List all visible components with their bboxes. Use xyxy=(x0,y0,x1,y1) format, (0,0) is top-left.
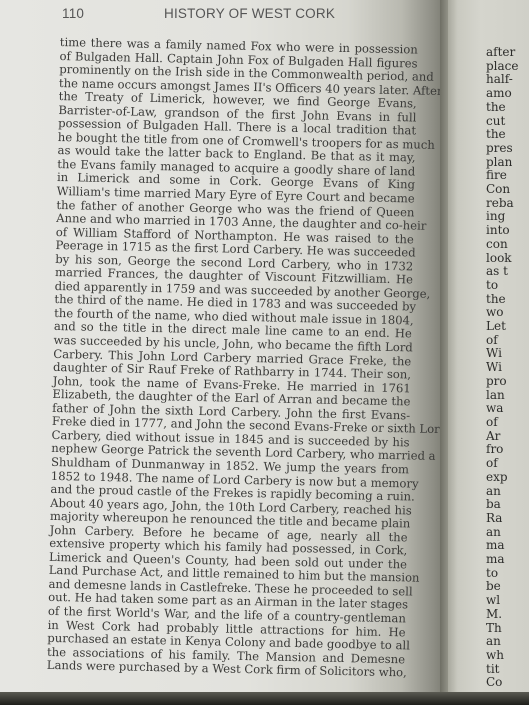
text-fragment: Ra xyxy=(486,512,519,526)
text-fragment: of xyxy=(486,457,519,471)
text-fragment: the xyxy=(486,293,519,307)
text-fragment: as t xyxy=(486,265,519,279)
text-fragment: wa xyxy=(486,402,519,416)
text-fragment: plan xyxy=(486,156,519,170)
text-fragment: into xyxy=(486,224,519,238)
text-fragment: fro xyxy=(486,443,519,457)
text-fragment: look xyxy=(486,252,519,266)
text-fragment: Let xyxy=(486,320,519,334)
text-fragment: wl xyxy=(486,594,519,608)
text-fragment: be xyxy=(486,580,519,594)
text-fragment: fire xyxy=(486,169,519,183)
text-fragment: cut xyxy=(486,115,519,129)
text-fragment: half- xyxy=(486,73,519,87)
text-fragment: ing xyxy=(486,210,519,224)
text-fragment: of xyxy=(486,334,519,348)
text-fragment: Wi xyxy=(486,361,519,375)
text-fragment: pro xyxy=(486,375,519,389)
right-book-page: afterplacehalf-amothecutthepresplanfireC… xyxy=(448,0,529,692)
bottom-shadow xyxy=(0,692,529,705)
text-fragment: an xyxy=(486,485,519,499)
text-fragment: wh xyxy=(486,649,519,663)
text-fragment: Ar xyxy=(486,430,519,444)
page-title: HISTORY OF WEST CORK xyxy=(164,6,335,21)
text-fragment: amo xyxy=(486,87,519,101)
body-text: time there was a family named Fox who we… xyxy=(47,36,418,680)
text-fragment: an xyxy=(486,526,519,540)
text-fragment: the xyxy=(486,101,519,115)
text-fragment: an xyxy=(486,635,519,649)
text-fragment: Wi xyxy=(486,347,519,361)
text-fragment: M. xyxy=(486,608,519,622)
text-fragment: to xyxy=(486,567,519,581)
text-fragment: con xyxy=(486,238,519,252)
text-fragment: wo xyxy=(486,306,519,320)
text-fragment: place xyxy=(486,60,519,74)
text-fragment: ba xyxy=(486,498,519,512)
text-fragment: the xyxy=(486,128,519,142)
text-fragment: tit xyxy=(486,663,519,677)
right-page-text-fragments: afterplacehalf-amothecutthepresplanfireC… xyxy=(486,46,519,690)
text-fragment: Co xyxy=(486,676,519,690)
text-fragment: Th xyxy=(486,622,519,636)
left-book-page: 110 HISTORY OF WEST CORK time there was … xyxy=(0,0,446,692)
running-head: 110 HISTORY OF WEST CORK xyxy=(62,6,392,26)
text-fragment: of xyxy=(486,416,519,430)
page-number: 110 xyxy=(62,6,84,21)
text-fragment: pres xyxy=(486,142,519,156)
text-fragment: to xyxy=(486,279,519,293)
text-fragment: lan xyxy=(486,389,519,403)
text-fragment: ma xyxy=(486,539,519,553)
text-fragment: Con xyxy=(486,183,519,197)
text-fragment: exp xyxy=(486,471,519,485)
text-fragment: reba xyxy=(486,197,519,211)
text-fragment: ma xyxy=(486,553,519,567)
text-fragment: after xyxy=(486,46,519,60)
